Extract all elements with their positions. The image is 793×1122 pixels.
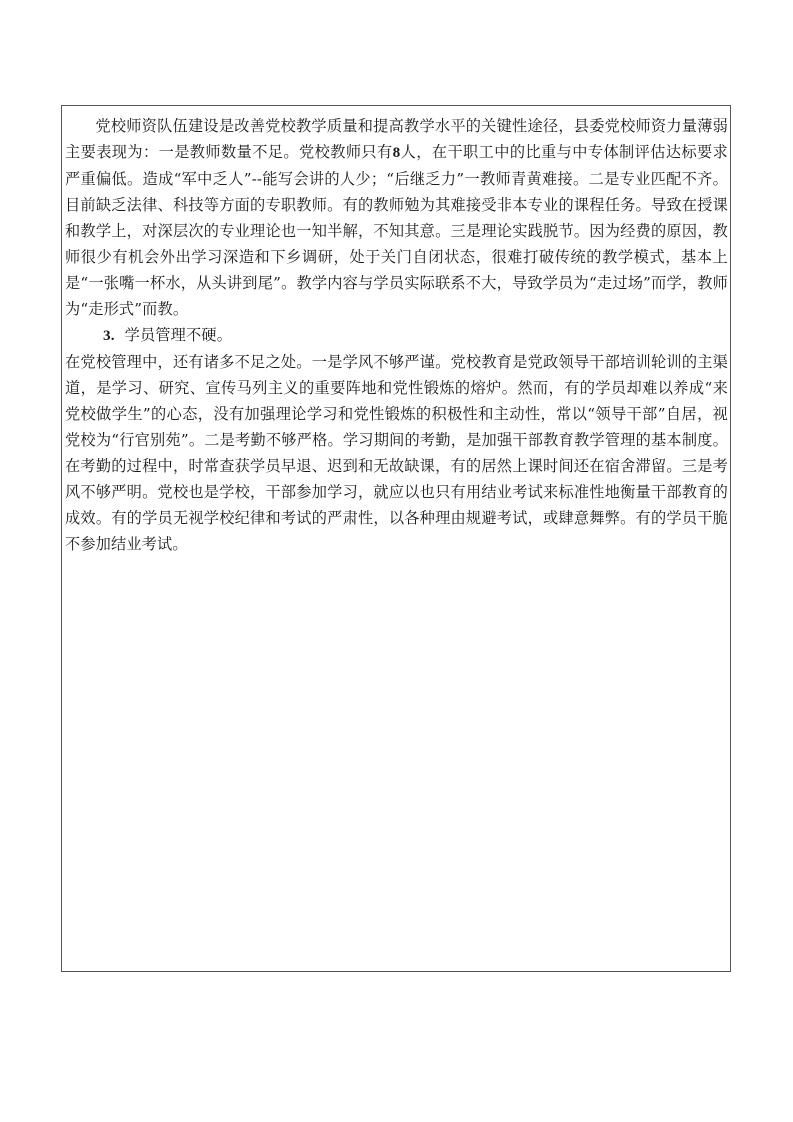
section-title: 学员管理不硬。 bbox=[125, 326, 232, 344]
paragraph-text-continued: 人，在干职工中的比重与中专体制评估达标要求严重偏低。造成“军中乏人”--能写会讲… bbox=[65, 143, 728, 318]
document-text-box: 党校师资队伍建设是改善党校教学质量和提高教学水平的关键性途径，县委党校师资力量薄… bbox=[61, 105, 731, 972]
document-body: 党校师资队伍建设是改善党校教学质量和提高教学水平的关键性途径，县委党校师资力量薄… bbox=[65, 113, 728, 557]
paragraph-student-management: 在党校管理中，还有诸多不足之处。一是学风不够严谨。党校教育是党政领导干部培训轮训… bbox=[65, 349, 728, 557]
paragraph-faculty-weakness: 党校师资队伍建设是改善党校教学质量和提高教学水平的关键性途径，县委党校师资力量薄… bbox=[65, 113, 728, 322]
section-number: 3. bbox=[103, 327, 115, 344]
section-heading: 3. 学员管理不硬。 bbox=[65, 322, 728, 349]
